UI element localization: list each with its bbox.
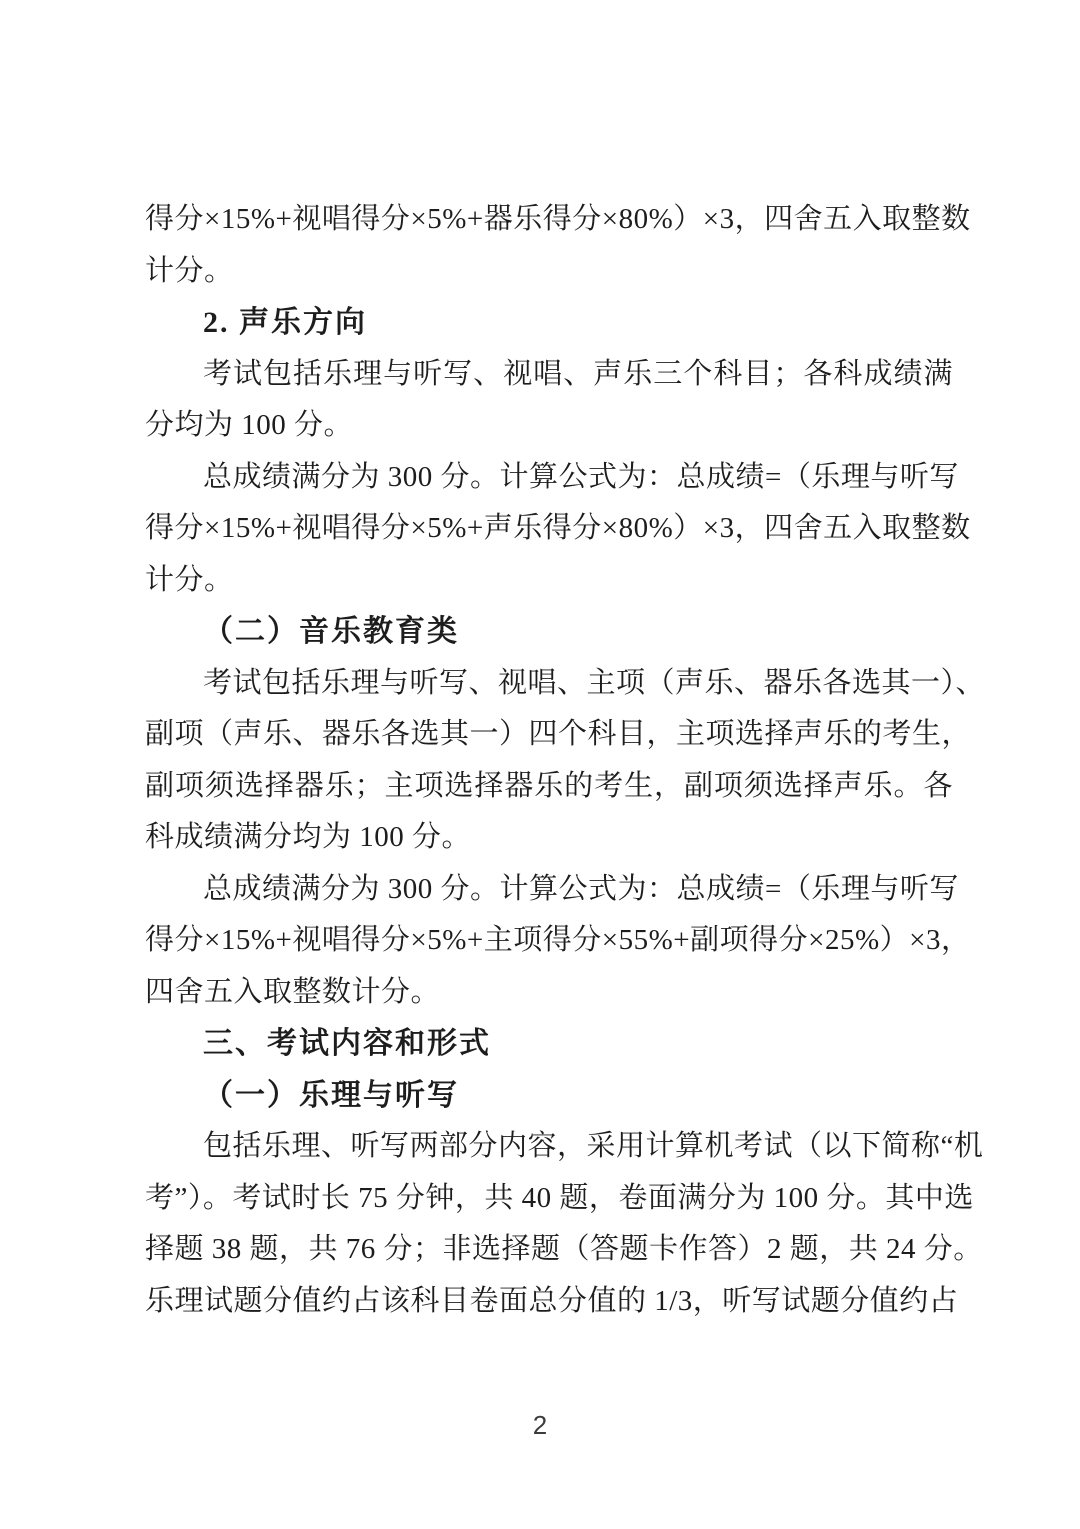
text-line: 计分。 xyxy=(145,246,953,298)
document-page: { "page": { "background": "#ffffff", "te… xyxy=(0,0,1080,1529)
text-line: 乐理试题分值约占该科目卷面总分值的 1/3，听写试题分值约占 xyxy=(145,1276,953,1328)
text-line: 副项（声乐、器乐各选其一）四个科目，主项选择声乐的考生， xyxy=(145,709,953,761)
text-line: 考试包括乐理与听写、视唱、主项（声乐、器乐各选其一）、 xyxy=(145,658,953,710)
section-heading-music-education: （二）音乐教育类 xyxy=(145,606,953,658)
section-heading-music-theory-dictation: （一）乐理与听写 xyxy=(145,1070,953,1122)
page-footer: 2 xyxy=(0,1410,1080,1441)
text-line: 总成绩满分为 300 分。计算公式为：总成绩=（乐理与听写 xyxy=(145,452,953,504)
text-line: 得分×15%+视唱得分×5%+主项得分×55%+副项得分×25%）×3， xyxy=(145,915,953,967)
text-line: 副项须选择器乐；主项选择器乐的考生，副项须选择声乐。各 xyxy=(145,761,953,813)
text-line: 包括乐理、听写两部分内容，采用计算机考试（以下简称“机 xyxy=(145,1121,953,1173)
section-heading-vocal-direction: 2. 声乐方向 xyxy=(145,297,953,349)
text-line: 择题 38 题，共 76 分；非选择题（答题卡作答）2 题，共 24 分。 xyxy=(145,1224,953,1276)
text-line: 得分×15%+视唱得分×5%+器乐得分×80%）×3，四舍五入取整数 xyxy=(145,194,953,246)
page-number: 2 xyxy=(533,1410,547,1441)
text-line: 考”）。考试时长 75 分钟，共 40 题，卷面满分为 100 分。其中选 xyxy=(145,1173,953,1225)
text-line: 考试包括乐理与听写、视唱、声乐三个科目；各科成绩满 xyxy=(145,349,953,401)
text-line: 总成绩满分为 300 分。计算公式为：总成绩=（乐理与听写 xyxy=(145,864,953,916)
text-line: 分均为 100 分。 xyxy=(145,400,953,452)
text-line: 计分。 xyxy=(145,555,953,607)
text-line: 四舍五入取整数计分。 xyxy=(145,967,953,1019)
section-heading-exam-content-form: 三、考试内容和形式 xyxy=(145,1018,953,1070)
text-line: 科成绩满分均为 100 分。 xyxy=(145,812,953,864)
document-text-block: 得分×15%+视唱得分×5%+器乐得分×80%）×3，四舍五入取整数 计分。 2… xyxy=(145,194,953,1327)
text-line: 得分×15%+视唱得分×5%+声乐得分×80%）×3，四舍五入取整数 xyxy=(145,503,953,555)
